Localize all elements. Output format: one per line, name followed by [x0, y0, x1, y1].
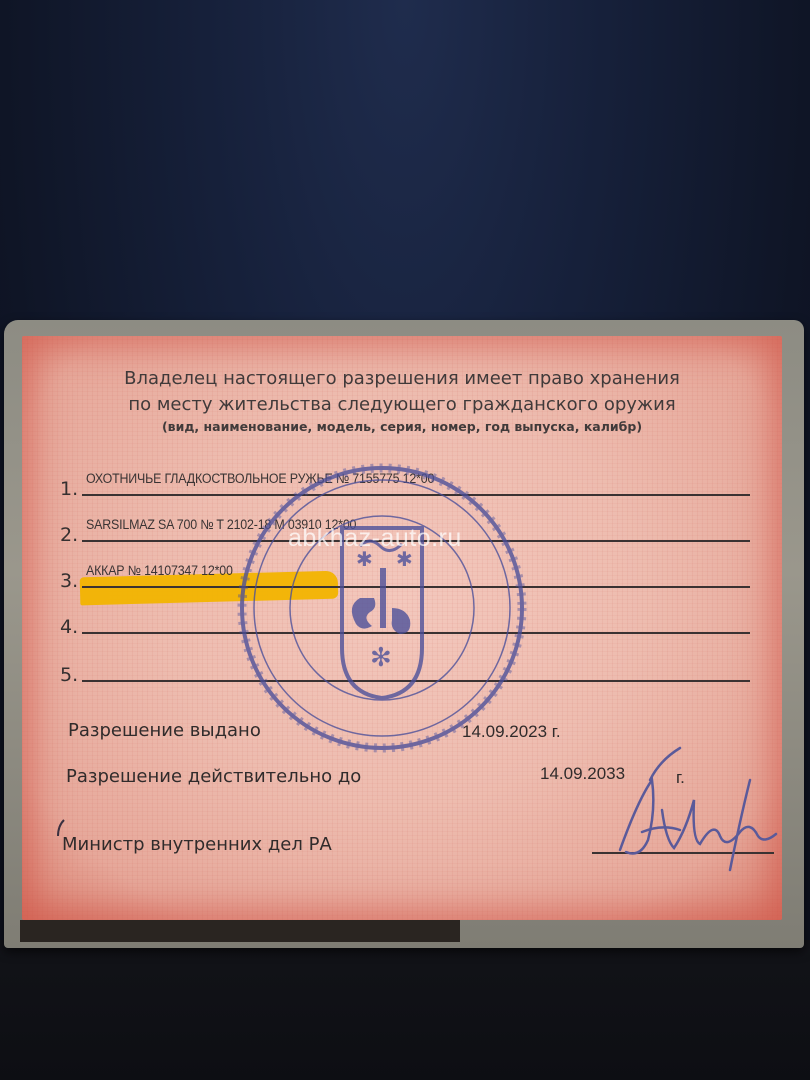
heading-line-3: (вид, наименование, модель, серия, номер…	[22, 418, 782, 436]
row-number: 1.	[60, 478, 78, 500]
svg-text:✻: ✻	[370, 643, 392, 673]
row-number: 5.	[60, 664, 78, 686]
weapon-value: АККАР № 14107347 12*00	[86, 563, 233, 578]
row-number: 4.	[60, 616, 78, 638]
signature-icon	[590, 740, 790, 880]
signatory-title: Министр внутренних дел РА	[62, 834, 332, 855]
heading-line-2: по месту жительства следующего гражданск…	[22, 392, 782, 418]
official-stamp-icon: ✱ ✱ ✻	[232, 458, 532, 758]
background-surface	[0, 940, 810, 1080]
valid-until-label: Разрешение действительно до	[66, 766, 361, 787]
row-number: 2.	[60, 524, 78, 546]
permit-heading: Владелец настоящего разрешения имеет пра…	[22, 366, 782, 436]
sleeve-shadow	[20, 920, 460, 942]
watermark-text: abkhaz-auto.ru	[288, 524, 462, 553]
heading-line-1: Владелец настоящего разрешения имеет пра…	[22, 366, 782, 392]
row-number: 3.	[60, 570, 78, 592]
